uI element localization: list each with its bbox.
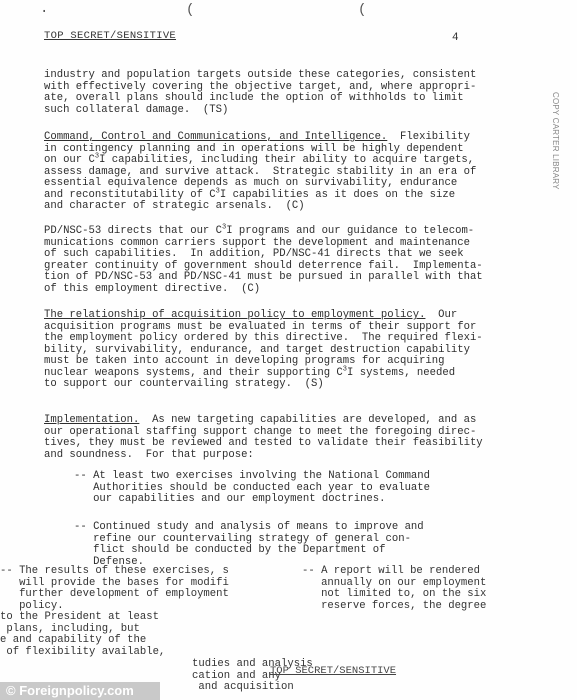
page-number: 4 xyxy=(452,32,459,44)
section-heading: The relationship of acquisition policy t… xyxy=(44,309,425,321)
paragraph-c3i: Command, Control and Communications, and… xyxy=(44,132,554,213)
scan-mark: ( xyxy=(186,2,194,18)
footer-classification: TOP SECRET/SENSITIVE xyxy=(270,665,396,677)
paragraph-acquisition-policy: The relationship of acquisition policy t… xyxy=(44,310,554,391)
paragraph-implementation: Implementation. As new targeting capabil… xyxy=(44,415,554,461)
paragraph-pd-nsc-53: PD/NSC-53 directs that our C3I programs … xyxy=(44,226,554,295)
scan-mark: ( xyxy=(358,2,366,18)
bullet-exercises: -- At least two exercises involving the … xyxy=(74,471,430,506)
scan-speck: · xyxy=(40,4,48,20)
overlay-fragment-left-bullet: -- The results of these exercises, s wil… xyxy=(0,566,229,612)
section-heading: Implementation. xyxy=(44,414,139,426)
section-heading: Command, Control and Communications, and… xyxy=(44,131,387,143)
paragraph-collateral-damage: industry and population targets outside … xyxy=(44,70,554,116)
overlay-fragment-right-bullet: -- A report will be rendered annually on… xyxy=(302,566,486,612)
watermark: © Foreignpolicy.com xyxy=(0,682,160,700)
scanned-document-page: · ( ( TOP SECRET/SENSITIVE 4 COPY CARTER… xyxy=(0,0,577,700)
overlay-fragment-left-lower: to the President at least plans, includi… xyxy=(0,612,165,658)
header-classification: TOP SECRET/SENSITIVE xyxy=(44,30,176,42)
bullet-continued-study: -- Continued study and analysis of means… xyxy=(74,522,424,568)
